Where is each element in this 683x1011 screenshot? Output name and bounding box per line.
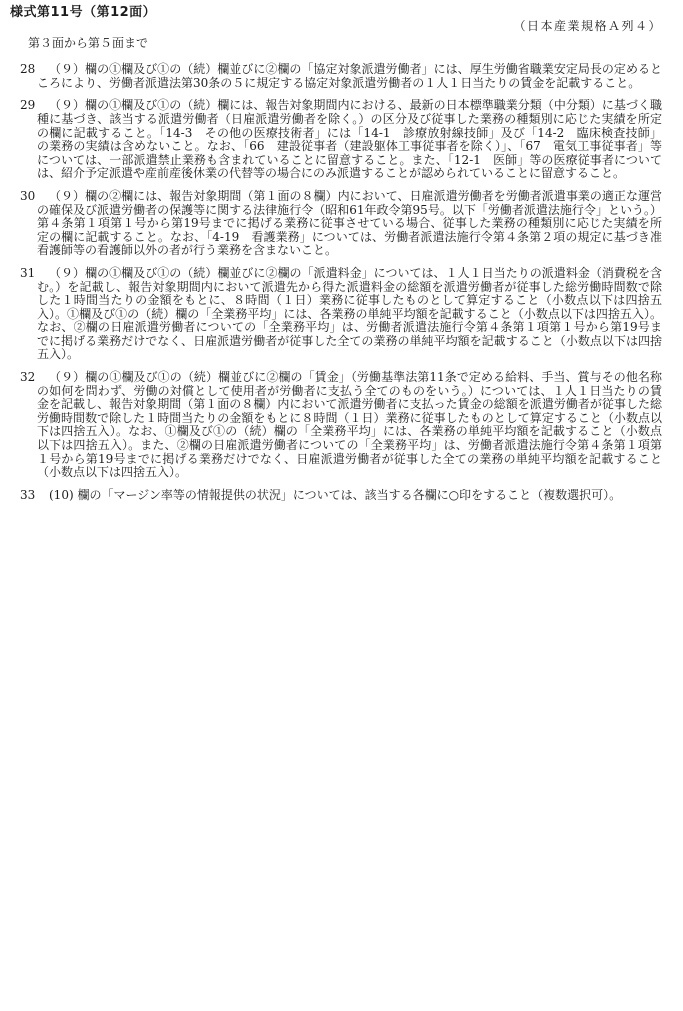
item-text: （９）欄の①欄及び①の（続）欄並びに②欄の「派遣料金」については、１人１日当たり… — [37, 267, 662, 362]
item-number: 28 — [20, 63, 37, 90]
form-title: 様式第11号（第12面） — [10, 5, 662, 20]
item-text: （９）欄の①欄及び①の（続）欄並びに②欄の「賃金」（労働基準法第11条で定める給… — [37, 371, 662, 480]
document-page: 様式第11号（第12面） （日本産業規格Ａ列４） 第３面から第５面まで 28 （… — [0, 0, 683, 1011]
instruction-item-31: 31 （９）欄の①欄及び①の（続）欄並びに②欄の「派遣料金」については、１人１日… — [20, 267, 662, 362]
item-number: 32 — [20, 371, 37, 480]
item-number: 29 — [20, 99, 37, 181]
instruction-list: 28 （９）欄の①欄及び①の（続）欄並びに②欄の「協定対象派遣労働者」には、厚生… — [20, 63, 662, 502]
instruction-item-29: 29 （９）欄の①欄及び①の（続）欄には、報告対象期間内における、最新の日本標準… — [20, 99, 662, 181]
instruction-item-33: 33 (10) 欄の「マージン率等の情報提供の状況」については、該当する各欄に○… — [20, 489, 662, 503]
item-text: (10) 欄の「マージン率等の情報提供の状況」については、該当する各欄に○印をす… — [37, 489, 662, 503]
item-number: 33 — [20, 489, 37, 503]
instruction-item-32: 32 （９）欄の①欄及び①の（続）欄並びに②欄の「賃金」（労働基準法第11条で定… — [20, 371, 662, 480]
item-number: 30 — [20, 190, 37, 258]
item-number: 31 — [20, 267, 37, 362]
item-text: （９）欄の①欄及び①の（続）欄並びに②欄の「協定対象派遣労働者」には、厚生労働省… — [37, 63, 662, 90]
paper-standard-note: （日本産業規格Ａ列４） — [20, 20, 662, 34]
instruction-item-28: 28 （９）欄の①欄及び①の（続）欄並びに②欄の「協定対象派遣労働者」には、厚生… — [20, 63, 662, 90]
page-range-note: 第３面から第５面まで — [28, 37, 662, 51]
item-text: （９）欄の②欄には、報告対象期間（第１面の８欄）内において、日雇派遣労働者を労働… — [37, 190, 662, 258]
item-text: （９）欄の①欄及び①の（続）欄には、報告対象期間内における、最新の日本標準職業分… — [37, 99, 662, 181]
instruction-item-30: 30 （９）欄の②欄には、報告対象期間（第１面の８欄）内において、日雇派遣労働者… — [20, 190, 662, 258]
